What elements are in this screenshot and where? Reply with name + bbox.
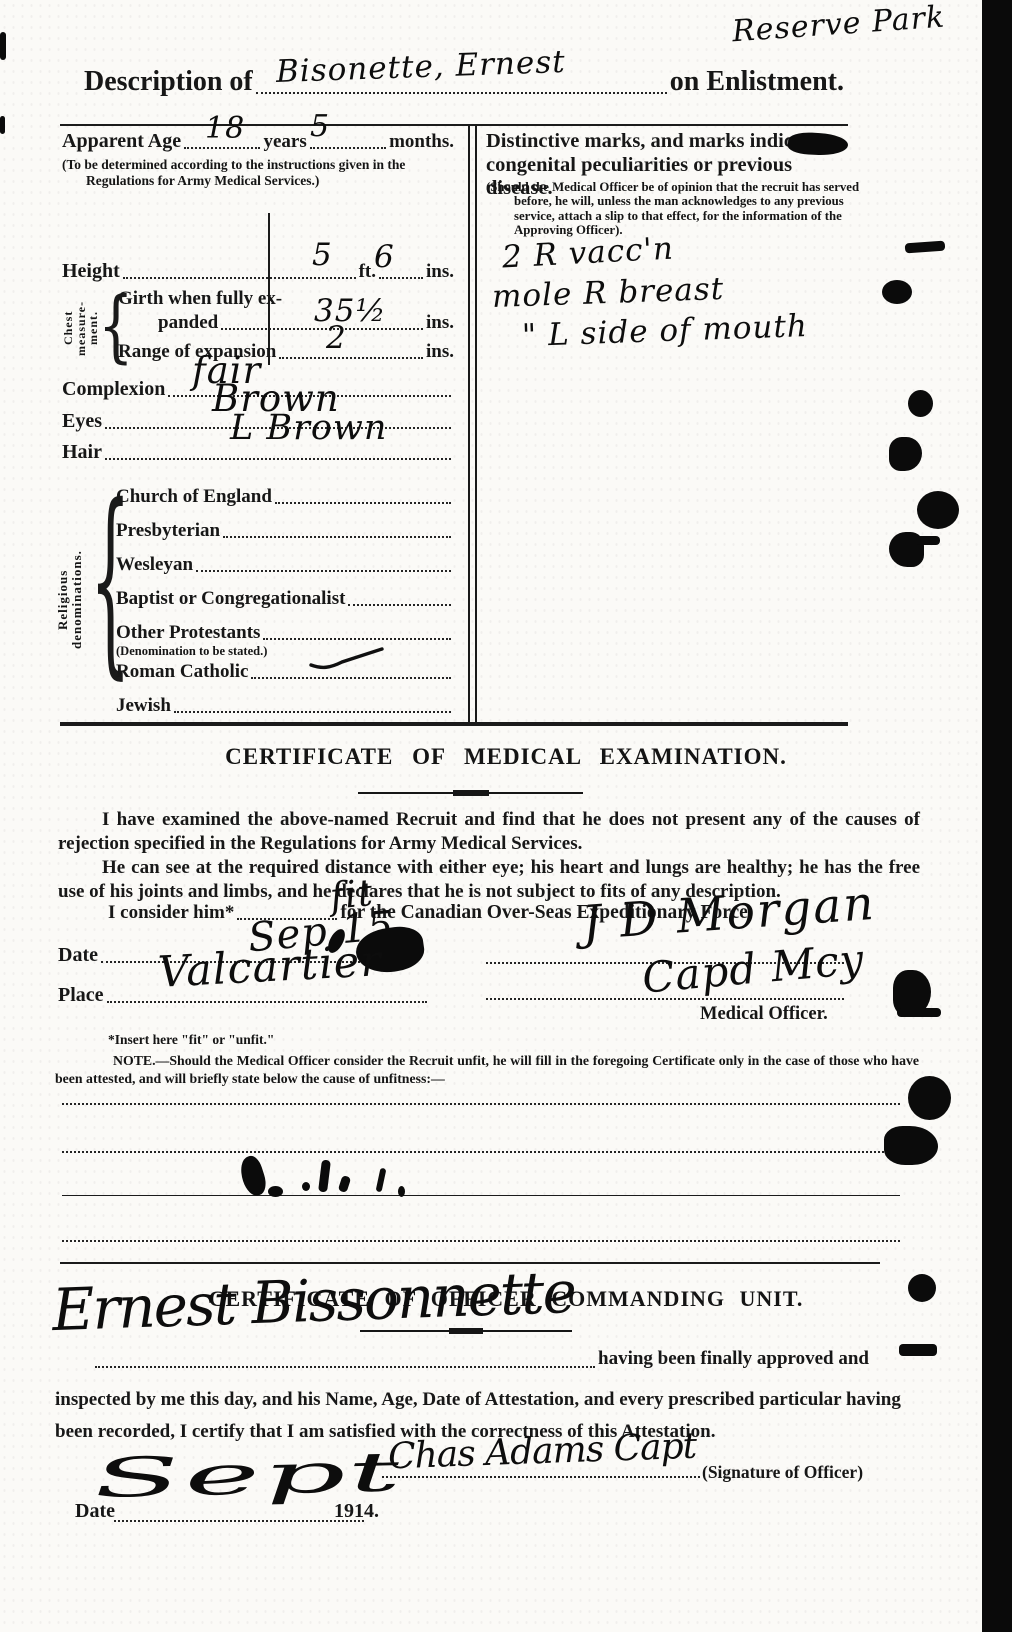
religion-side-label: Religious denominations. bbox=[56, 522, 83, 677]
religion-group: Religious denominations. { Church of Eng… bbox=[62, 480, 454, 720]
apparent-age-note: (To be determined according to the instr… bbox=[62, 157, 474, 188]
ink-smudge bbox=[268, 1186, 283, 1197]
blank-line bbox=[62, 1240, 900, 1242]
medical-officer-label: Medical Officer. bbox=[700, 1004, 828, 1025]
name-line bbox=[95, 1366, 595, 1368]
ink-smudge bbox=[338, 1175, 352, 1193]
religion-side-label-2: denominations. bbox=[70, 522, 84, 677]
ink-smudge bbox=[236, 1154, 269, 1199]
religion-row: Baptist or Congregationalist bbox=[116, 588, 454, 610]
box-bottom-border bbox=[60, 722, 848, 726]
hair-row: Hair L Brown bbox=[62, 441, 454, 464]
girth-row: panded ins. 35½ bbox=[118, 312, 454, 334]
months-label: months. bbox=[389, 131, 454, 153]
dotted-leader bbox=[275, 502, 451, 504]
ink-blot bbox=[897, 1008, 941, 1017]
handwritten-height-ft: 5 bbox=[312, 240, 333, 271]
ink-blot bbox=[884, 1126, 938, 1165]
dotted-leader bbox=[223, 536, 451, 538]
handwritten-height-ins: 6 bbox=[374, 242, 395, 273]
distinctive-marks-note: (Should the Medical Officer be of opinio… bbox=[486, 180, 878, 237]
ink-smudge bbox=[398, 1186, 405, 1197]
title-prefix: Description of bbox=[84, 66, 253, 98]
commanding-line2: inspected by me this day, and his Name, … bbox=[55, 1388, 917, 1412]
apparent-age-label: Apparent Age bbox=[62, 130, 181, 153]
handwritten-place: Valcartier bbox=[157, 940, 383, 995]
handwritten-mark-entry: mole R breast bbox=[492, 274, 725, 313]
dotted-leader bbox=[263, 638, 451, 640]
dotted-leader bbox=[379, 277, 423, 279]
ink-smudge bbox=[318, 1160, 331, 1193]
place-label: Place bbox=[58, 984, 104, 1007]
dotted-leader bbox=[348, 604, 451, 606]
religion-item-label: Roman Catholic bbox=[116, 661, 248, 683]
handwritten-bottom-date: Sept bbox=[89, 1445, 405, 1506]
dotted-leader bbox=[105, 458, 451, 460]
form-title-row: Description of Bisonette, Ernest on Enli… bbox=[84, 66, 844, 98]
signature-line bbox=[382, 1476, 700, 1478]
chest-side-label: Chest measure- ment. bbox=[62, 292, 100, 364]
ink-smudge bbox=[302, 1182, 310, 1191]
scan-artifact bbox=[0, 32, 6, 60]
enlistment-form-page: Reserve Park Description of Bisonette, E… bbox=[0, 0, 1012, 1632]
ink-blot bbox=[882, 280, 912, 304]
ins-label: ins. bbox=[426, 261, 454, 283]
handwritten-recruit-name: Bisonette, Ernest bbox=[275, 47, 566, 88]
dotted-leader bbox=[107, 1001, 427, 1003]
dotted-leader bbox=[279, 357, 423, 359]
dotted-leader bbox=[251, 677, 451, 679]
handwritten-approved-name: Ernest Bissonnette bbox=[51, 1263, 576, 1339]
name-dotted-line: Bisonette, Ernest bbox=[256, 92, 667, 94]
handwritten-mark-entry: " L side of mouth bbox=[522, 311, 809, 352]
dotted-leader bbox=[196, 570, 451, 572]
religion-item-label: Jewish bbox=[116, 695, 171, 717]
complexion-label: Complexion bbox=[62, 378, 165, 401]
checkmark-icon bbox=[308, 646, 386, 670]
ink-blot bbox=[908, 1076, 951, 1120]
title-suffix: on Enlistment. bbox=[670, 66, 844, 98]
handwritten-officer-rank: Capd Mcy bbox=[641, 938, 866, 999]
medical-note: NOTE.—Should the Medical Officer conside… bbox=[55, 1052, 919, 1088]
handwritten-annotation-reserve-park: Reserve Park bbox=[731, 3, 946, 48]
handwritten-hair: L Brown bbox=[230, 411, 387, 446]
handwritten-range-value: 2 bbox=[326, 323, 347, 354]
ink-blot bbox=[905, 241, 946, 254]
hair-label: Hair bbox=[62, 441, 102, 464]
denomination-note: (Denomination to be stated.) bbox=[116, 644, 267, 659]
religion-item-label: Other Protestants bbox=[116, 622, 260, 644]
religion-row: Other Protestants bbox=[116, 622, 454, 644]
religion-item-label: Presbyterian bbox=[116, 520, 220, 542]
eyes-label: Eyes bbox=[62, 410, 102, 433]
column-separator bbox=[468, 124, 477, 726]
medical-place-row: Place Valcartier bbox=[58, 984, 430, 1007]
religion-row: Wesleyan bbox=[116, 554, 454, 576]
range-unit: ins. bbox=[426, 341, 454, 363]
height-row: Height ft. ins. 5 6 bbox=[62, 260, 454, 283]
scan-edge-band bbox=[982, 0, 1012, 1632]
dotted-leader bbox=[174, 711, 451, 713]
ink-blot bbox=[908, 390, 933, 417]
dotted-leader bbox=[310, 147, 386, 149]
dotted-leader bbox=[184, 147, 260, 149]
religion-row: Church of England bbox=[116, 486, 454, 508]
date-label: Date bbox=[58, 944, 98, 967]
handwritten-age-months: 5 bbox=[310, 112, 330, 142]
handwritten-commanding-signature: Chas Adams Capt bbox=[387, 1429, 696, 1476]
medical-para1: I have examined the above-named Recruit … bbox=[58, 808, 920, 856]
religion-side-label-1: Religious bbox=[56, 522, 70, 677]
girth-label-line2: panded bbox=[118, 312, 218, 334]
religion-row-checked: Roman Catholic bbox=[116, 661, 454, 683]
handwritten-age-years: 18 bbox=[205, 114, 245, 144]
ink-blot bbox=[889, 437, 922, 471]
religion-item-label: Wesleyan bbox=[116, 554, 193, 576]
religion-row: Jewish bbox=[116, 695, 454, 717]
scan-artifact bbox=[0, 116, 5, 134]
handwritten-girth-value: 35½ bbox=[314, 296, 387, 327]
years-label: years bbox=[263, 131, 306, 153]
medical-heading: CERTIFICATE OF MEDICAL EXAMINATION. bbox=[0, 744, 1012, 770]
blank-line bbox=[62, 1103, 900, 1105]
consider-prefix: I consider him* bbox=[108, 902, 234, 924]
height-label: Height bbox=[62, 260, 120, 283]
religion-item-label: Church of England bbox=[116, 486, 272, 508]
ink-blot bbox=[916, 536, 940, 545]
date-line bbox=[114, 1520, 364, 1522]
approved-suffix: having been finally approved and bbox=[598, 1348, 869, 1370]
girth-label-line1: Girth when fully ex- bbox=[118, 288, 282, 310]
ink-smudge bbox=[376, 1168, 387, 1193]
ink-blot bbox=[917, 491, 959, 529]
chest-side-label-1: Chest bbox=[62, 292, 75, 364]
girth-unit: ins. bbox=[426, 312, 454, 334]
religion-row: Presbyterian bbox=[116, 520, 454, 542]
ink-blot bbox=[899, 1344, 937, 1356]
range-row: Range of expansion ins. 2 bbox=[118, 341, 454, 363]
religion-item-label: Baptist or Congregationalist bbox=[116, 588, 345, 610]
dotted-leader bbox=[123, 277, 356, 279]
heading-rule bbox=[358, 792, 583, 794]
apparent-age-row: Apparent Age years months. 18 5 bbox=[62, 130, 454, 153]
handwritten-mark-entry: 2 R vacc'n bbox=[501, 234, 674, 274]
blank-line bbox=[62, 1195, 900, 1196]
signature-of-officer-label: (Signature of Officer) bbox=[702, 1462, 863, 1483]
box-top-border bbox=[60, 124, 848, 126]
blank-line bbox=[62, 1151, 900, 1153]
insert-note: *Insert here "fit" or "unfit." bbox=[108, 1032, 274, 1048]
